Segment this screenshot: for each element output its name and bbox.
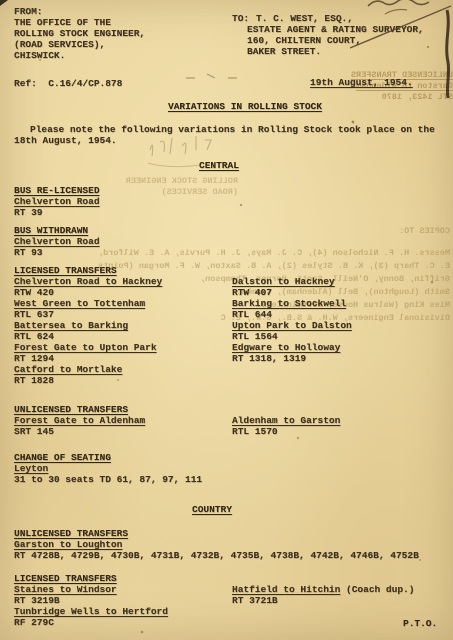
from-line: THE OFFICE OF THE	[14, 17, 111, 28]
to-line: ESTATE AGENT & RATING SURVEYOR,	[247, 24, 424, 35]
route-name: Chelverton Road to Hackney	[14, 276, 162, 287]
group-heading: LICENSED TRANSFERS	[14, 265, 117, 276]
from-line: ROLLING STOCK ENGINEER,	[14, 28, 145, 39]
section-heading-central: CENTRAL	[199, 160, 239, 171]
group-heading: BUS RE-LICENSED	[14, 185, 100, 196]
signature-scribble	[385, 10, 407, 15]
bleedthrough-line: Messrs. H. F. Nicholson (4), C. J. Mays,…	[18, 247, 450, 260]
bleedthrough-line: COPIES TO:	[380, 226, 450, 237]
route-name: Chelverton Road	[14, 236, 100, 247]
pencil-scribble	[148, 163, 200, 167]
route-name: Leyton	[14, 463, 48, 474]
group-heading: UNLICENSED TRANSFERS	[14, 404, 128, 415]
group-heading: LICENSED TRANSFERS	[14, 573, 117, 584]
fleet-numbers: RT 39	[14, 207, 43, 218]
route-name: Staines to Windsor	[14, 584, 117, 595]
signature-scribble	[368, 0, 429, 6]
to-line: 160, CHILTERN COURT,	[247, 35, 361, 46]
fleet-numbers: RTL 1564	[232, 331, 278, 342]
bleedthrough-copies-to: COPIES TO:	[380, 226, 450, 237]
from-line: CHISWICK.	[14, 50, 65, 61]
route-name: Dalston to Hackney	[232, 276, 335, 287]
fleet-numbers: RT 3219B	[14, 595, 60, 606]
ink-speck	[141, 631, 144, 634]
fleet-numbers: SRT 145	[14, 426, 54, 437]
fleet-numbers: RT 4728B, 4729B, 4730B, 4731B, 4732B, 47…	[14, 550, 419, 561]
ink-speck	[352, 121, 355, 124]
fleet-numbers: RTW 420	[14, 287, 54, 298]
doc-title: VARIATIONS IN ROLLING STOCK	[168, 101, 322, 112]
fleet-numbers: 31 to 30 seats TD 61, 87, 97, 111	[14, 474, 202, 485]
route-name: Upton Park to Dalston	[232, 320, 352, 331]
ink-speck	[419, 559, 421, 561]
ref-number: Ref: C.16/4/CP.878	[14, 78, 122, 89]
from-line: (ROAD SERVICES),	[14, 39, 105, 50]
ink-speck	[297, 437, 299, 439]
corner-speck	[0, 0, 8, 6]
to-label: TO:	[232, 13, 249, 24]
route-name: Hatfield to Hitchin	[232, 584, 340, 595]
group-heading: UNLICENSED TRANSFERS	[14, 528, 128, 539]
route-name: Edgware to Holloway	[232, 342, 340, 353]
route-with-note: Hatfield to Hitchin (Coach dup.)	[232, 584, 414, 595]
route-name: Catford to Mortlake	[14, 364, 122, 375]
route-name: Chelverton Road	[14, 196, 100, 207]
from-label: FROM:	[14, 6, 43, 17]
route-name: Forest Gate to Upton Park	[14, 342, 157, 353]
ink-speck	[427, 46, 429, 48]
group-heading: BUS WITHDRAWN	[14, 225, 88, 236]
pto-footer: P.T.O.	[403, 618, 437, 629]
fleet-numbers: RT 3721B	[232, 595, 278, 606]
fleet-numbers: RT 1828	[14, 375, 54, 386]
fleet-numbers: RTL 1570	[232, 426, 278, 437]
pencil-scribble	[150, 136, 211, 156]
scanned-letter-page: UNLICENSED TRANSFERS Garston to Aldenham…	[0, 0, 453, 640]
to-line: T. C. WEST, ESQ.,	[256, 13, 353, 24]
fleet-numbers: RTL 644	[232, 309, 272, 320]
ink-speck	[240, 204, 242, 206]
route-note: (Coach dup.)	[340, 584, 414, 595]
fleet-numbers: RT 1294	[14, 353, 54, 364]
route-name: Battersea to Barking	[14, 320, 128, 331]
route-name: West Green to Tottenham	[14, 298, 145, 309]
route-name: Garston to Loughton	[14, 539, 122, 550]
intro-line: Please note the following variations in …	[30, 124, 435, 135]
intro-line: 18th August, 1954.	[14, 135, 117, 146]
route-name: Forest Gate to Aldenham	[14, 415, 145, 426]
fleet-numbers: RTW 407	[232, 287, 272, 298]
section-heading-country: COUNTRY	[192, 504, 232, 515]
fleet-numbers: RT 1318, 1319	[232, 353, 306, 364]
ink-speck	[117, 379, 119, 381]
fleet-numbers: RTL 637	[14, 309, 54, 320]
route-name: Aldenham to Garston	[232, 415, 340, 426]
fleet-numbers: RF 279C	[14, 617, 54, 628]
to-line: BAKER STREET.	[247, 46, 321, 57]
letter-date: 19th August, 1954.	[310, 77, 413, 88]
pencil-page-mark	[186, 74, 237, 78]
route-name: Tunbridge Wells to Hertford	[14, 606, 168, 617]
route-name: Barking to Stockwell	[232, 298, 346, 309]
fleet-numbers: RT 93	[14, 247, 43, 258]
group-heading: CHANGE OF SEATING	[14, 452, 111, 463]
fleet-numbers: RTL 624	[14, 331, 54, 342]
